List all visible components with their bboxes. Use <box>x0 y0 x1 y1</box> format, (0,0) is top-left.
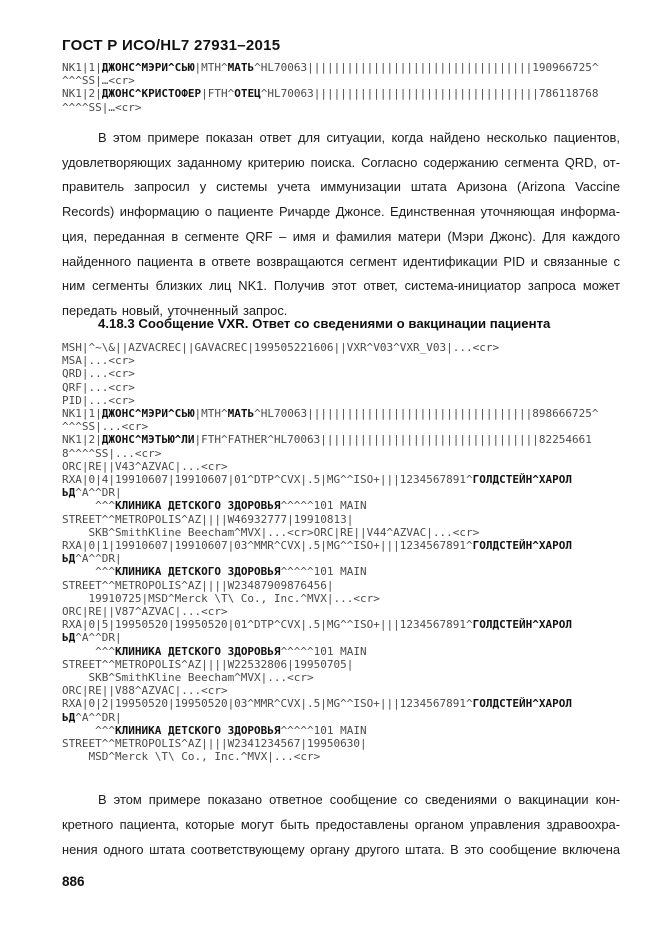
code-line: 19910725|MSD^Merck \T\ Co., Inc.^MVX|...… <box>62 592 622 605</box>
text-line: ция, переданная в сегменте QRF – имя и ф… <box>62 225 620 250</box>
code-line: ^^^КЛИНИКА ДЕТСКОГО ЗДОРОВЬЯ^^^^^101 MAI… <box>62 724 622 737</box>
code-line: ^^^КЛИНИКА ДЕТСКОГО ЗДОРОВЬЯ^^^^^101 MAI… <box>62 565 622 578</box>
code-line: RXA|0|4|19910607|19910607|01^DTP^CVX|.5|… <box>62 473 622 486</box>
code-line: NK1|2|ДЖОНС^КРИСТОФЕР|FTH^ОТЕЦ^HL70063||… <box>62 87 622 100</box>
code-line: PID|...<cr> <box>62 394 622 407</box>
code-line: STREET^^METROPOLIS^AZ||||W46932777|19910… <box>62 513 622 526</box>
code-line: STREET^^METROPOLIS^AZ||||W22532806|19950… <box>62 658 622 671</box>
code-line: ЬД^A^^DR| <box>62 486 622 499</box>
text-line: правитель запросил у системы учета иммун… <box>62 175 620 200</box>
code-line: QRD|...<cr> <box>62 367 622 380</box>
code-line: NK1|1|ДЖОНС^МЭРИ^СЬЮ|MTH^МАТЬ^HL70063|||… <box>62 61 622 74</box>
code-line: ^^^SS|…<cr> <box>62 74 622 87</box>
code-line: MSD^Merck \T\ Co., Inc.^MVX|...<cr> <box>62 750 622 763</box>
text-line: В этом примере показано ответное сообщен… <box>62 787 620 812</box>
code-line: ^^^SS|...<cr> <box>62 420 622 433</box>
paragraph-intro: В этом примере показан ответ для ситуаци… <box>62 126 620 324</box>
code-line: NK1|1|ДЖОНС^МЭРИ^СЬЮ|MTH^МАТЬ^HL70063|||… <box>62 407 622 420</box>
document-page: ГОСТ Р ИСО/HL7 27931–2015 NK1|1|ДЖОНС^МЭ… <box>0 0 661 935</box>
code-line: ЬД^A^^DR| <box>62 552 622 565</box>
text-line: кретного пациента, которые могут быть пр… <box>62 812 620 837</box>
code-line: QRF|...<cr> <box>62 381 622 394</box>
text-line: найденного пациента в ответе возвращаютс… <box>62 250 620 275</box>
text-line: нения одного штата соответствующему орга… <box>62 837 620 862</box>
code-block-nk1-example: NK1|1|ДЖОНС^МЭРИ^СЬЮ|MTH^МАТЬ^HL70063|||… <box>62 61 622 114</box>
code-line: RXA|0|5|19950520|19950520|01^DTP^CVX|.5|… <box>62 618 622 631</box>
code-line: NK1|2|ДЖОНС^МЭТЬЮ^ЛИ|FTH^FATHER^HL70063|… <box>62 433 622 446</box>
paragraph-closing: В этом примере показано ответное сообщен… <box>62 787 620 862</box>
code-line: ORC|RE||V43^AZVAC|...<cr> <box>62 460 622 473</box>
text-line: Records) информацию о пациенте Ричарде Д… <box>62 200 620 225</box>
code-line: ЬД^A^^DR| <box>62 631 622 644</box>
code-line: ЬД^A^^DR| <box>62 711 622 724</box>
text-line: В этом примере показан ответ для ситуаци… <box>62 126 620 151</box>
code-line: MSH|^~\&||AZVACREC||GAVACREC|19950522160… <box>62 341 622 354</box>
code-line: RXA|0|1|19910607|19910607|03^MMR^CVX|.5|… <box>62 539 622 552</box>
code-line: ^^^КЛИНИКА ДЕТСКОГО ЗДОРОВЬЯ^^^^^101 MAI… <box>62 499 622 512</box>
code-line: STREET^^METROPOLIS^AZ||||W23487909876456… <box>62 579 622 592</box>
code-line: MSA|...<cr> <box>62 354 622 367</box>
section-heading: 4.18.3 Сообщение VXR. Ответ со сведениям… <box>62 316 620 331</box>
code-line: 8^^^^SS|...<cr> <box>62 447 622 460</box>
code-line: ^^^КЛИНИКА ДЕТСКОГО ЗДОРОВЬЯ^^^^^101 MAI… <box>62 645 622 658</box>
code-line: SKB^SmithKline Beecham^MVX|...<cr> <box>62 671 622 684</box>
page-number: 886 <box>62 874 85 889</box>
standard-header-title: ГОСТ Р ИСО/HL7 27931–2015 <box>62 37 620 54</box>
code-block-vxr-message: MSH|^~\&||AZVACREC||GAVACREC|19950522160… <box>62 341 622 764</box>
text-line: удовлетворяющих заданному критерию поиск… <box>62 151 620 176</box>
code-line: ORC|RE||V87^AZVAC|...<cr> <box>62 605 622 618</box>
text-line: ним сегменты близких лиц NK1. Получив эт… <box>62 274 620 299</box>
code-line: SKB^SmithKline Beecham^MVX|...<cr>ORC|RE… <box>62 526 622 539</box>
code-line: RXA|0|2|19950520|19950520|03^MMR^CVX|.5|… <box>62 697 622 710</box>
code-line: STREET^^METROPOLIS^AZ||||W2341234567|199… <box>62 737 622 750</box>
code-line: ^^^^SS|…<cr> <box>62 101 622 114</box>
code-line: ORC|RE||V88^AZVAC|...<cr> <box>62 684 622 697</box>
